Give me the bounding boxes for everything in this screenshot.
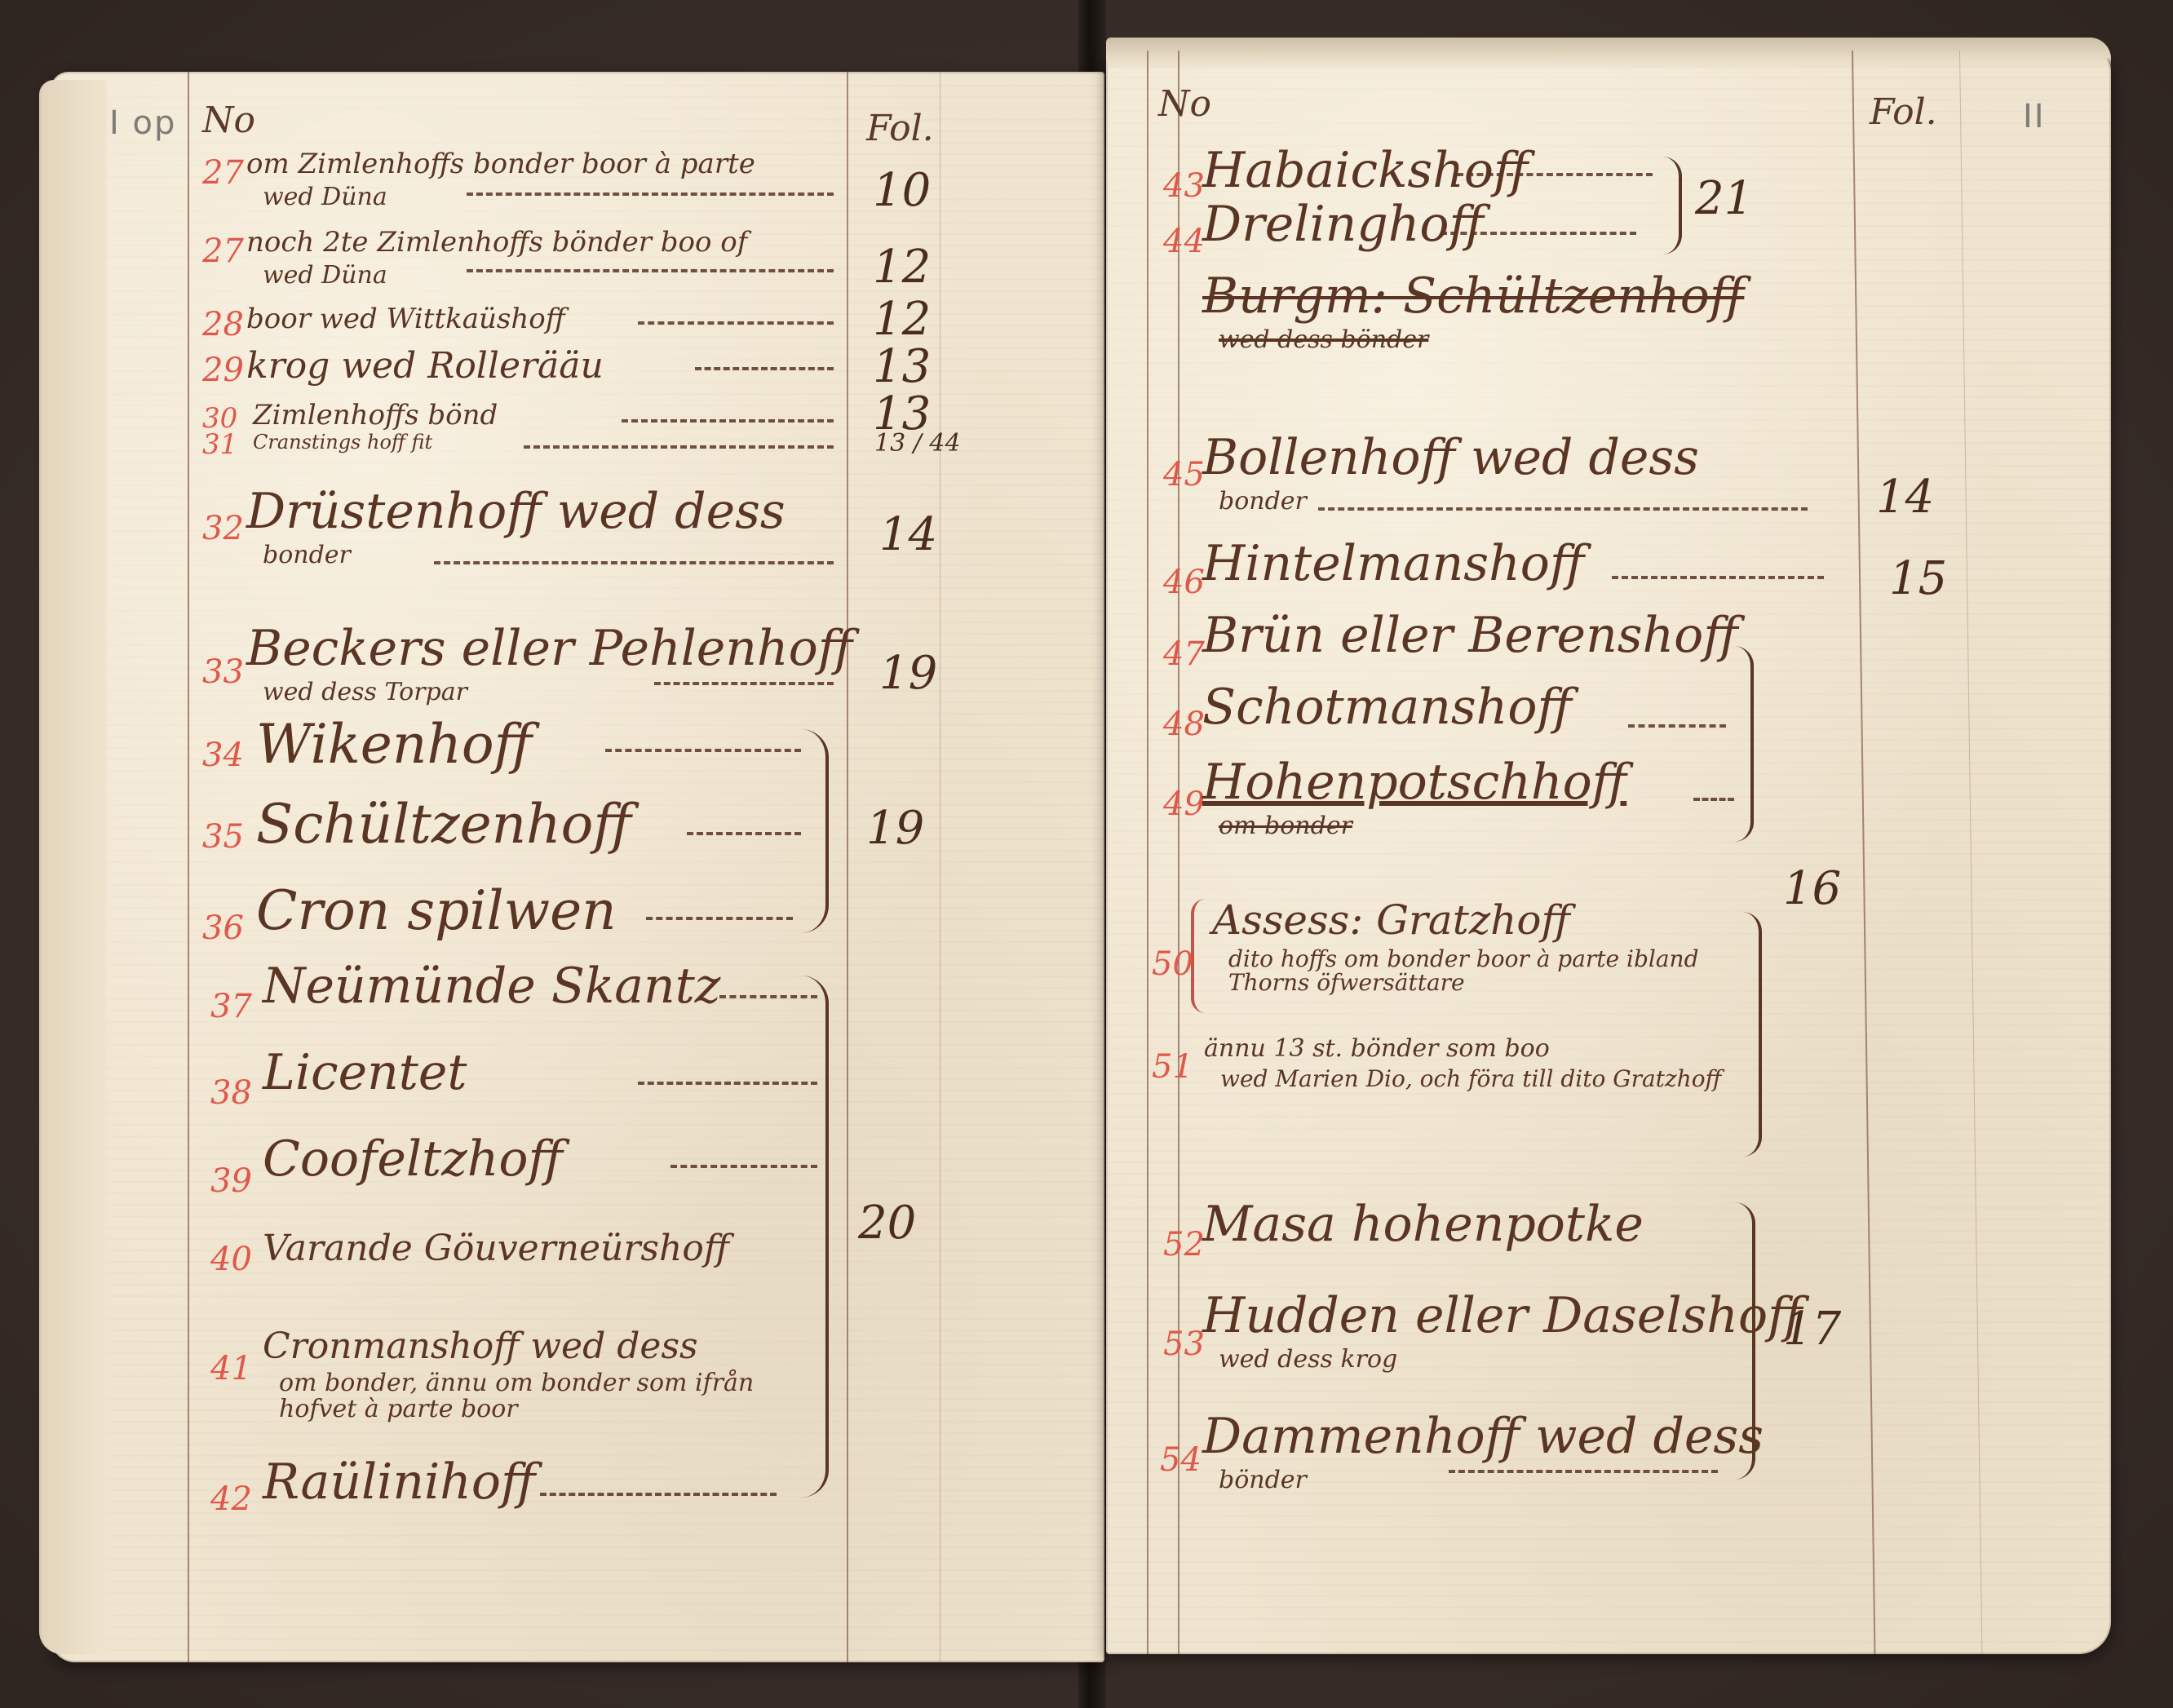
entry-number: 35 <box>202 821 244 853</box>
entry-number: 45 <box>1163 458 1205 491</box>
entry-text: noch 2te Zimlenhoffs bönder boo ofwed Dü… <box>246 228 747 288</box>
struck-entry-text: Burgm: Schültzenhoffwed dess bönder <box>1202 271 1744 353</box>
entry-text: Schültzenhoff <box>256 796 631 852</box>
entry-text: Hohenpotschhoffom bonder <box>1202 757 1626 839</box>
entry-text: Coofeltzhoff <box>263 1134 563 1185</box>
entry-number: 46 <box>1163 566 1205 599</box>
entry-text: Dammenhoff wed dessbönder <box>1202 1411 1764 1493</box>
entry-text: Cranstings hoff fit <box>253 432 432 453</box>
entry-number: 44 <box>1163 225 1205 258</box>
entry-number: 50 <box>1152 948 1193 980</box>
entry-number: 48 <box>1163 708 1205 741</box>
folio-number: 19 <box>866 806 924 852</box>
leader-dashes <box>695 367 834 374</box>
entry-number: 36 <box>202 912 244 945</box>
entry-number: 42 <box>210 1483 252 1516</box>
entry-number: 33 <box>202 656 244 688</box>
entry-number: 29 <box>202 354 244 387</box>
leader-dashes <box>540 1493 777 1499</box>
leader-dashes <box>1693 798 1734 804</box>
folio-number: 13 / 44 <box>874 431 961 457</box>
leader-dashes <box>638 1082 817 1088</box>
folio-number: 12 <box>873 297 931 343</box>
folio-number: 17 <box>1783 1307 1841 1352</box>
leader-dashes <box>1457 173 1653 179</box>
leader-dashes <box>1441 232 1636 238</box>
entry-text: om Zimlenhoffs bonder boor à partewed Dü… <box>246 150 755 210</box>
leader-dashes <box>638 321 834 328</box>
entry-text: Neümünde Skantz <box>263 961 720 1012</box>
number-column-header: No <box>202 100 255 141</box>
leader-dashes <box>524 445 834 452</box>
entry-text: Zimlenhoffs bönd <box>253 401 498 431</box>
folio-number: 15 <box>1889 556 1947 602</box>
entry-text: Cronmanshoff wed dessom bonder, ännu om … <box>263 1328 785 1422</box>
leader-dashes <box>622 419 834 426</box>
folio-number: 12 <box>873 245 931 290</box>
entry-number: 32 <box>202 512 244 545</box>
entry-text: Schotmanshoff <box>1202 682 1572 733</box>
grouping-bracket <box>801 729 829 933</box>
margin-rule <box>188 72 189 1662</box>
page-stack-edge <box>39 80 107 1654</box>
leader-dashes <box>434 561 834 568</box>
folio-number: 13 <box>873 344 931 390</box>
entry-number: 34 <box>202 739 244 772</box>
entry-text: Masa hohenpotke <box>1202 1199 1644 1250</box>
entry-text: Bollenhoff wed dessbonder <box>1202 432 1699 515</box>
folio-number: 14 <box>879 512 937 558</box>
grouping-bracket <box>1662 157 1682 254</box>
folio-column-header: Fol. <box>1870 91 1937 133</box>
entry-text: Hudden eller Daselshoffwed dess krog <box>1202 1290 1803 1373</box>
grouping-bracket <box>1734 646 1754 842</box>
folio-number: 20 <box>858 1201 916 1246</box>
left-page: I op No Fol. 27 om Zimlenhoffs bonder bo… <box>51 72 1104 1662</box>
entry-text: Beckers eller Pehlenhoffwed dess Torpar <box>246 623 852 706</box>
entry-number: 53 <box>1163 1328 1205 1361</box>
entry-number: 31 <box>202 431 237 458</box>
leader-dashes <box>687 832 801 839</box>
folio-number: 21 <box>1695 176 1753 222</box>
folio-rule <box>1852 51 1875 1654</box>
entry-number: 41 <box>210 1352 252 1385</box>
entry-number: 40 <box>210 1243 252 1276</box>
entry-number: 47 <box>1163 638 1205 670</box>
entry-text: Drelinghoff <box>1202 199 1484 250</box>
right-page: No Fol. II 43 Habaickshoff 44 Drelinghof… <box>1106 51 2111 1654</box>
entry-number: 38 <box>210 1077 252 1109</box>
leader-dashes <box>1612 576 1824 582</box>
leader-dashes <box>646 917 793 923</box>
entry-number: 43 <box>1163 170 1205 202</box>
entry-text: Varande Göuverneürshoff <box>263 1230 729 1268</box>
leader-dashes <box>467 269 834 276</box>
folio-number: 19 <box>879 651 937 697</box>
leader-dashes <box>1628 724 1726 731</box>
entry-number: 51 <box>1152 1051 1193 1083</box>
entry-number: 49 <box>1163 788 1205 821</box>
entry-text: Brün eller Berenshoff <box>1202 610 1738 662</box>
entry-number: 28 <box>202 308 244 341</box>
leader-dashes <box>670 1165 817 1171</box>
entry-number: 52 <box>1163 1228 1205 1261</box>
leader-dashes <box>654 682 834 688</box>
entry-text: krog wed Rollerääu <box>246 347 604 385</box>
grouping-bracket <box>801 976 829 1498</box>
entry-text: Habaickshoff <box>1202 145 1529 197</box>
folio-rule-right <box>1959 51 1982 1654</box>
entry-text: Cron spilwen <box>256 883 617 939</box>
folio-number: 10 <box>873 168 931 214</box>
entry-number: 27 <box>202 235 244 268</box>
folio-rule <box>847 72 848 1662</box>
margin-rule <box>1147 51 1148 1654</box>
grouping-bracket <box>1742 912 1762 1157</box>
folio-number: 14 <box>1876 475 1934 520</box>
leader-dashes <box>467 192 834 199</box>
folio-rule-right <box>940 72 940 1662</box>
entry-text: Hintelmanshoff <box>1202 538 1584 590</box>
entry-number: 27 <box>202 157 244 189</box>
entry-text: ännu 13 st. bönder som boowed Marien Dio… <box>1204 1036 1726 1091</box>
entry-text: Licentet <box>263 1047 467 1099</box>
entry-number: 39 <box>210 1165 252 1197</box>
entry-text: Raülinihoff <box>263 1457 535 1508</box>
entry-text: Assess: Gratzhoffdito hoffs om bonder bo… <box>1212 899 1734 994</box>
number-rule <box>1178 51 1179 1654</box>
entry-number: 54 <box>1160 1444 1202 1476</box>
entry-text: boor wed Wittkaüshoff <box>246 305 565 334</box>
pencil-page-mark: I op <box>109 104 176 142</box>
folio-column-header: Fol. <box>866 108 934 149</box>
entry-text: Drüstenhoff wed dessbonder <box>246 486 786 569</box>
grouping-bracket <box>1734 1202 1755 1480</box>
leader-dashes <box>605 749 801 755</box>
number-column-header: No <box>1158 83 1211 125</box>
entry-text: Wikenhoff <box>256 716 532 772</box>
folio-number: 16 <box>1783 866 1841 912</box>
leader-dashes <box>1318 507 1808 514</box>
entry-number: 37 <box>210 990 252 1023</box>
pencil-page-mark: II <box>2023 98 2046 135</box>
leader-dashes <box>1449 1470 1718 1476</box>
